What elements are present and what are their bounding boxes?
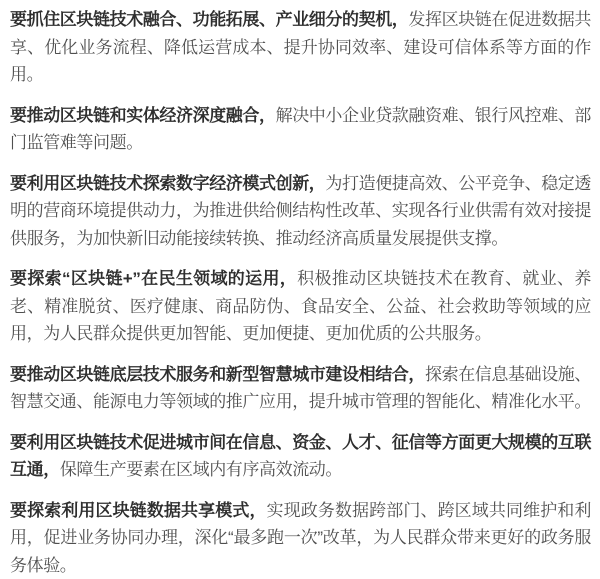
paragraph-body: 保障生产要素在区域内有序高效流动。 — [60, 460, 342, 479]
paragraph-lead: 要推动区块链底层技术服务和新型智慧城市建设相结合， — [10, 365, 425, 384]
paragraph: 要推动区块链和实体经济深度融合，解决中小企业贷款融资难、银行风控难、部门监管难等… — [10, 102, 591, 157]
paragraph: 要探索利用区块链数据共享模式，实现政务数据跨部门、跨区域共同维护和利用，促进业务… — [10, 497, 591, 579]
paragraph-lead: 要推动区块链和实体经济深度融合， — [10, 106, 276, 125]
article-body: 要抓住区块链技术融合、功能拓展、产业细分的契机，发挥区块链在促进数据共享、优化业… — [0, 0, 600, 579]
paragraph-lead: 要探索利用区块链数据共享模式， — [10, 501, 267, 520]
paragraph-lead: 要抓住区块链技术融合、功能拓展、产业细分的契机， — [10, 10, 408, 29]
paragraph-lead: 要探索“区块链+”在民生领域的运用， — [10, 269, 297, 288]
paragraph: 要利用区块链技术促进城市间在信息、资金、人才、征信等方面更大规模的互联互通，保障… — [10, 429, 591, 484]
paragraph: 要推动区块链底层技术服务和新型智慧城市建设相结合，探索在信息基础设施、智慧交通、… — [10, 361, 591, 416]
paragraph: 要探索“区块链+”在民生领域的运用，积极推动区块链技术在教育、就业、养老、精准脱… — [10, 265, 591, 348]
paragraph-lead: 要利用区块链技术探索数字经济模式创新， — [10, 174, 325, 193]
paragraph: 要抓住区块链技术融合、功能拓展、产业细分的契机，发挥区块链在促进数据共享、优化业… — [10, 6, 591, 89]
paragraph: 要利用区块链技术探索数字经济模式创新，为打造便捷高效、公平竞争、稳定透明的营商环… — [10, 170, 591, 253]
